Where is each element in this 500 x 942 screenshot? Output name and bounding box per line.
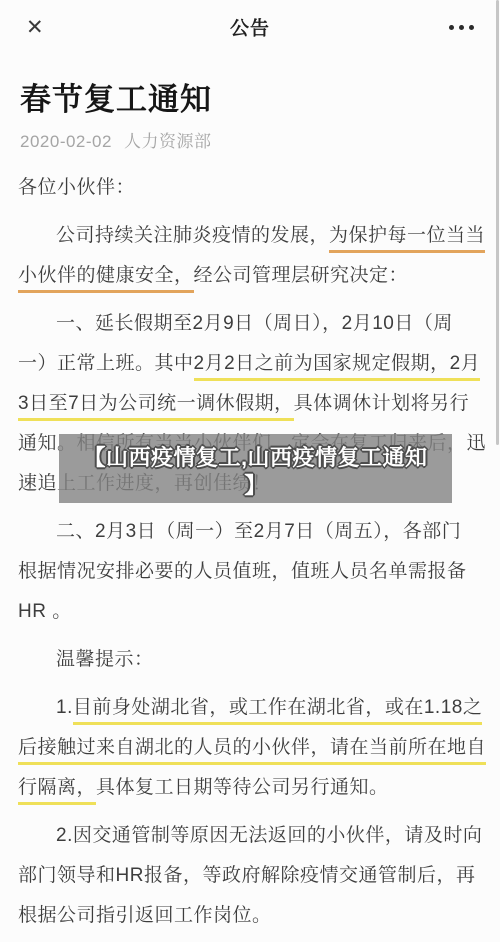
highlighted-text: 3日至7日为公司统一调休假期， [18, 393, 294, 421]
notice-content: 各位小伙伴：公司持续关注肺炎疫情的发展，为保护每一位当当小伙伴的健康安全，经公司… [18, 168, 480, 936]
text-segment: 具体复工日期等待公司另行通知。 [96, 777, 389, 798]
paragraph: 二、2月3日（周一）至2月7日（周五），各部门根据情况安排必要的人员值班，值班人… [18, 512, 480, 632]
text-segment: 各位小伙伴： [18, 177, 135, 198]
highlighted-text: 目前身处湖北省，或工作在湖北省，或在1.18之 [73, 697, 482, 725]
text-segment: 具体调休计划将另行 [294, 393, 470, 414]
notice-title: 春节复工通知 [20, 80, 480, 120]
text-segment: 温馨提示： [56, 649, 154, 670]
page-title: 公告 [230, 14, 270, 41]
watermark-overlay: 【山西疫情复工,山西疫情复工通知 】 [59, 434, 452, 503]
notice-department: 人力资源部 [124, 132, 212, 151]
body-line: 根据情况安排必要的人员值班，值班人员名单需报备 [18, 552, 480, 592]
announcement-screen: ✕ 公告 春节复工通知 2020-02-02人力资源部 各位小伙伴：公司持续关注… [0, 0, 500, 942]
body-line: 公司持续关注肺炎疫情的发展，为保护每一位当当 [18, 216, 480, 256]
body-line: 温馨提示： [18, 640, 480, 680]
body-line: 一）正常上班。其中2月2日之前为国家规定假期，2月 [18, 344, 480, 384]
highlighted-text: 为保护每一位当当 [329, 225, 485, 253]
body-line: 2.因交通管制等原因无法返回的小伙伴，请及时向 [18, 816, 480, 856]
body-line: 各位小伙伴： [18, 168, 480, 208]
body-line: 1.目前身处湖北省，或工作在湖北省，或在1.18之 [18, 688, 480, 728]
paragraph: 公司持续关注肺炎疫情的发展，为保护每一位当当小伙伴的健康安全，经公司管理层研究决… [18, 216, 480, 296]
notice-meta: 2020-02-02人力资源部 [20, 127, 480, 152]
highlighted-text: 行隔离， [18, 777, 96, 805]
close-icon[interactable]: ✕ [26, 17, 44, 38]
body-line: 行隔离，具体复工日期等待公司另行通知。 [18, 768, 480, 808]
body-line: 部门领导和HR报备，等政府解除疫情交通管制后，再 [18, 856, 480, 896]
paragraph: 温馨提示： [18, 640, 480, 680]
body-line: 后接触过来自湖北的人员的小伙伴，请在当前所在地自 [18, 728, 480, 768]
paragraph: 各位小伙伴： [18, 168, 480, 208]
text-segment: 根据公司指引返回工作岗位。 [18, 905, 272, 926]
highlighted-text: 2月2日之前为国家规定假期，2月 [194, 353, 481, 381]
more-options-icon[interactable] [449, 25, 474, 30]
text-segment: 公司持续关注肺炎疫情的发展， [56, 225, 329, 246]
scrollbar[interactable] [496, 0, 499, 445]
watermark-text-line1: 【山西疫情复工,山西疫情复工通知 [83, 444, 427, 472]
notice-date: 2020-02-02 [20, 132, 112, 151]
highlighted-text: 后接触过来自湖北的人员的小伙伴，请在当前所在地自 [18, 737, 486, 765]
header: ✕ 公告 [0, 0, 500, 54]
body-line: 小伙伴的健康安全，经公司管理层研究决定： [18, 256, 480, 296]
highlighted-text: 小伙伴的健康安全， [18, 265, 194, 293]
body-line: 一、延长假期至2月9日（周日），2月10日（周 [18, 304, 480, 344]
announcement-article: 春节复工通知 2020-02-02人力资源部 各位小伙伴：公司持续关注肺炎疫情的… [0, 80, 500, 936]
paragraph: 1.目前身处湖北省，或工作在湖北省，或在1.18之后接触过来自湖北的人员的小伙伴… [18, 688, 480, 808]
text-segment: 一、延长假期至2月9日（周日），2月10日（周 [56, 313, 453, 334]
body-line: HR 。 [18, 592, 480, 632]
text-segment: 二、2月3日（周一）至2月7日（周五），各部门 [56, 521, 461, 542]
paragraph: 2.因交通管制等原因无法返回的小伙伴，请及时向部门领导和HR报备，等政府解除疫情… [18, 816, 480, 936]
watermark-text-line2: 】 [244, 472, 267, 500]
body-line: 3日至7日为公司统一调休假期，具体调休计划将另行 [18, 384, 480, 424]
text-segment: HR 。 [18, 601, 72, 622]
text-segment: 一）正常上班。其中 [18, 353, 194, 374]
text-segment: 2.因交通管制等原因无法返回的小伙伴，请及时向 [56, 825, 482, 846]
text-segment: 经公司管理层研究决定： [194, 265, 409, 286]
text-segment: 根据情况安排必要的人员值班，值班人员名单需报备 [18, 561, 467, 582]
body-line: 二、2月3日（周一）至2月7日（周五），各部门 [18, 512, 480, 552]
body-line: 根据公司指引返回工作岗位。 [18, 896, 480, 936]
text-segment: 1. [56, 697, 73, 718]
text-segment: 部门领导和HR报备，等政府解除疫情交通管制后，再 [18, 865, 475, 886]
